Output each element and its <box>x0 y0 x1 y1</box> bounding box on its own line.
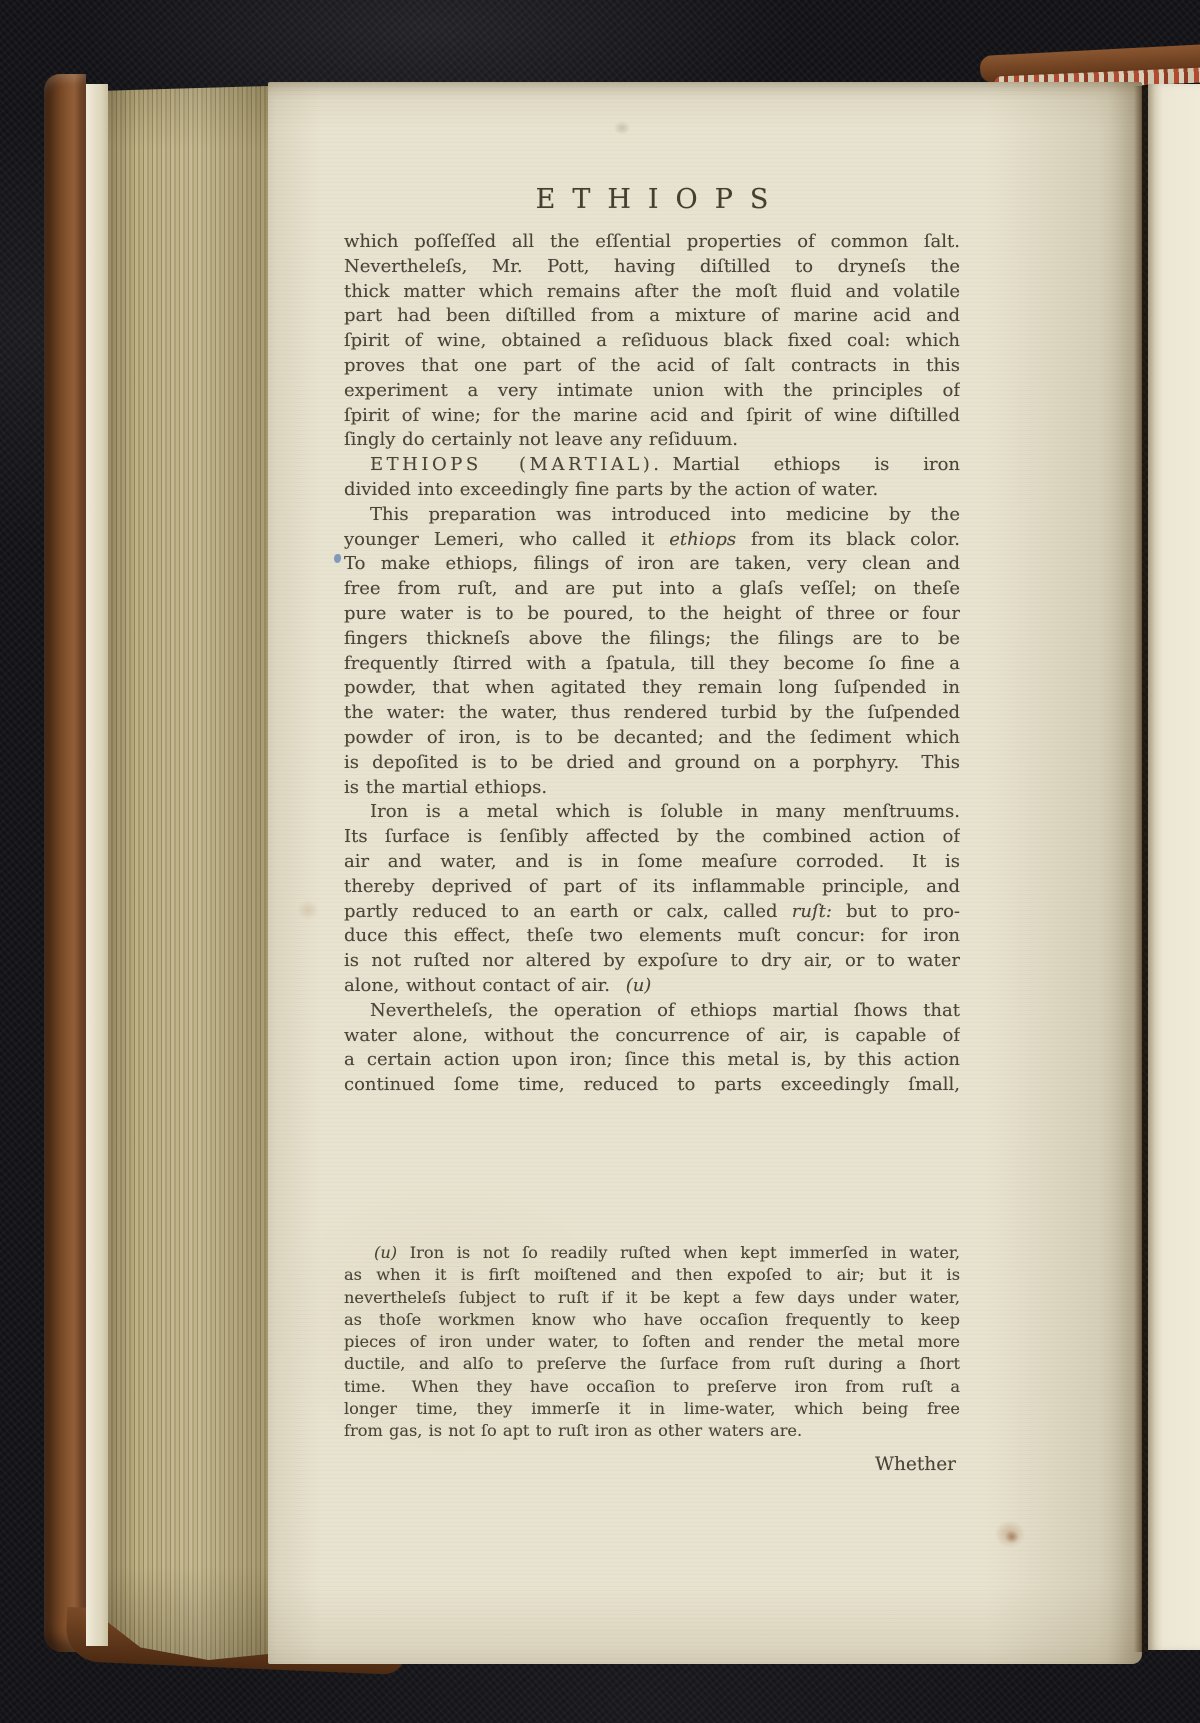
text-line: the water: the water, thus rendered turb… <box>344 701 960 726</box>
text-line: is the martial ethiops. <box>344 776 960 801</box>
text-line: continued ſome time, reduced to parts ex… <box>344 1073 960 1098</box>
entry-headword: ETHIOPS (MARTIAL). <box>370 454 663 475</box>
inner-leaf-edges <box>86 84 108 1646</box>
text-line: nevertheleſs ſubject to ruſt if it be ke… <box>344 1287 960 1309</box>
text-line: Its ſurface is ſenſibly affected by the … <box>344 825 960 850</box>
text-line: a certain action upon iron; ſince this m… <box>344 1048 960 1073</box>
text-line: is not ruſted nor altered by expoſure to… <box>344 949 960 974</box>
text-line: is depoſited is to be dried and ground o… <box>344 751 960 776</box>
text-line: experiment a very intimate union with th… <box>344 379 960 404</box>
text-line: duce this effect, theſe two elements muſ… <box>344 924 960 949</box>
text-line: divided into exceedingly fine parts by t… <box>344 478 960 503</box>
text-column: ETHIOPS which poſſeſſed all the eſſentia… <box>344 82 960 1664</box>
footnote: (u) Iron is not ſo readily ruſted when k… <box>344 1242 960 1443</box>
text-line: thick matter which remains after the moſ… <box>344 280 960 305</box>
text-line: powder, that when agitated they remain l… <box>344 676 960 701</box>
text-line: proves that one part of the acid of ſalt… <box>344 354 960 379</box>
text-line: pieces of iron under water, to ſoften an… <box>344 1331 960 1353</box>
text-line: frequently ſtirred with a ſpatula, till … <box>344 652 960 677</box>
text-line: Nevertheleſs, Mr. Pott, having diſtilled… <box>344 255 960 280</box>
catchword: Whether <box>875 1454 956 1475</box>
text-line: longer time, they immerſe it in lime-wat… <box>344 1398 960 1420</box>
facing-page-sliver <box>1148 84 1200 1650</box>
book-cover-left-board <box>44 74 86 1652</box>
text-line: ſingly do certainly not leave any reſidu… <box>344 428 960 453</box>
text-line: Nevertheleſs, the operation of ethiops m… <box>344 999 960 1024</box>
gutter-shadow <box>1134 86 1148 1652</box>
text-line: ETHIOPS (MARTIAL).Martial ethiops is iro… <box>344 453 960 478</box>
book-page: ETHIOPS which poſſeſſed all the eſſentia… <box>268 82 1142 1664</box>
text-line: as thoſe workmen know who have occaſion … <box>344 1309 960 1331</box>
text-line: part had been diſtilled from a mixture o… <box>344 304 960 329</box>
text-line: powder of iron, is to be decanted; and t… <box>344 726 960 751</box>
text-line: ductile, and alſo to preſerve the ſurfac… <box>344 1353 960 1375</box>
text-line: as when it is firſt moiſtened and then e… <box>344 1264 960 1286</box>
text-line: time. When they have occaſion to preſerv… <box>344 1376 960 1398</box>
text-line: pure water is to be poured, to the heigh… <box>344 602 960 627</box>
text-line: This preparation was introduced into med… <box>344 503 960 528</box>
text-line: (u) Iron is not ſo readily ruſted when k… <box>344 1242 960 1264</box>
text-line: from gas, is not ſo apt to ruſt iron as … <box>344 1420 960 1442</box>
page-heading: ETHIOPS <box>344 184 960 215</box>
text-line: which poſſeſſed all the eſſential proper… <box>344 230 960 255</box>
text-line: younger Lemeri, who called it ethiops fr… <box>344 528 960 553</box>
text-line: water alone, without the concurrence of … <box>344 1024 960 1049</box>
text-line: Iron is a metal which is ſoluble in many… <box>344 800 960 825</box>
text-line: air and water, and is in ſome meaſure co… <box>344 850 960 875</box>
text-line: To make ethiops, filings of iron are tak… <box>344 552 960 577</box>
text-line: alone, without contact of air. (u) <box>344 974 960 999</box>
text-line: free from ruſt, and are put into a glaſs… <box>344 577 960 602</box>
text-line: partly reduced to an earth or calx, call… <box>344 900 960 925</box>
text-line: thereby deprived of part of its inflamma… <box>344 875 960 900</box>
body-text: which poſſeſſed all the eſſential proper… <box>344 230 960 1098</box>
text-line: ſpirit of wine, obtained a reſiduous bla… <box>344 329 960 354</box>
text-line: ſpirit of wine; for the marine acid and … <box>344 404 960 429</box>
text-line: fingers thickneſs above the filings; the… <box>344 627 960 652</box>
blue-ink-fleck <box>334 554 341 563</box>
book-fore-edge-stack <box>108 86 270 1660</box>
